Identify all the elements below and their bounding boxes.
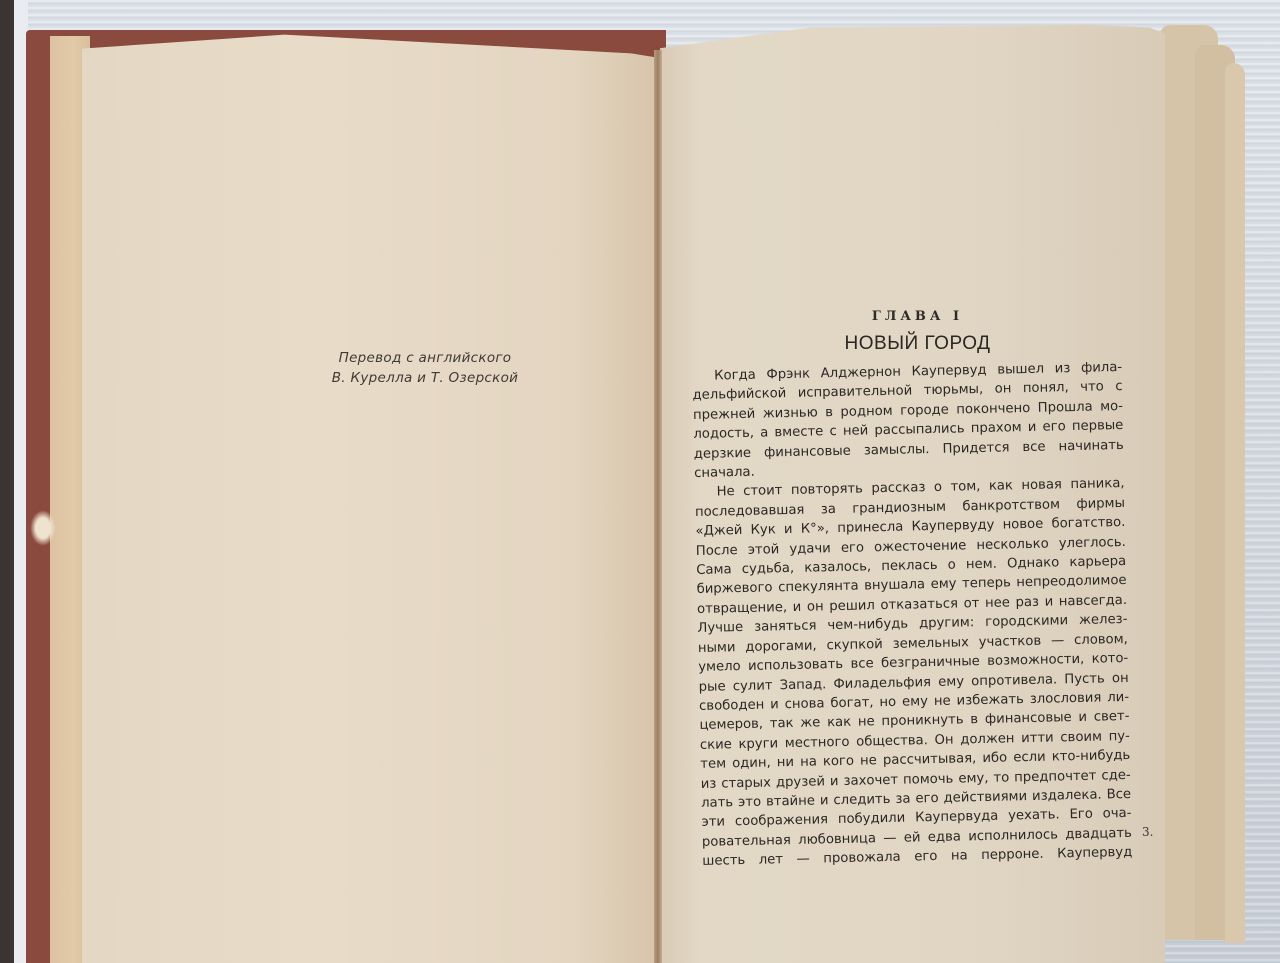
- paper-tear: [30, 510, 56, 546]
- left-page: [82, 30, 660, 963]
- dark-edge: [0, 0, 14, 963]
- page-number: 3.: [1142, 825, 1153, 839]
- translator-line: В. Курелла и Т. Озерской: [300, 368, 550, 388]
- book-gutter: [654, 50, 662, 963]
- chapter-body-text: Когда Фрэнк Алджернон Каупервуд вышел из…: [692, 358, 1132, 871]
- chapter-title: НОВЫЙ ГОРОД: [660, 333, 1175, 355]
- chapter-label: ГЛАВА I: [660, 309, 1175, 324]
- translator-line: Перевод с английского: [300, 348, 550, 368]
- page-stack: [1225, 63, 1245, 943]
- translator-credit: Перевод с английского В. Курелла и Т. Оз…: [300, 348, 550, 388]
